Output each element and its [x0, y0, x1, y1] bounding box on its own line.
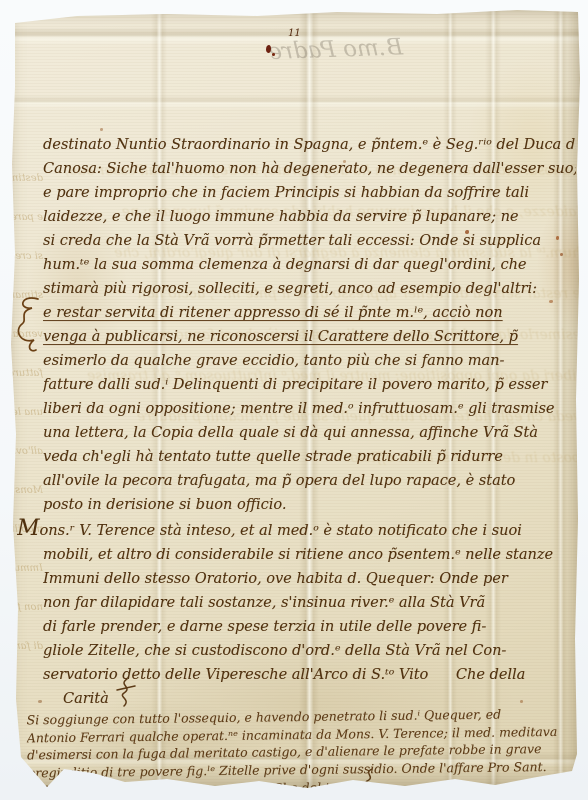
manuscript-line: una lettera, la Copia della quale si dà …: [43, 421, 576, 445]
rust-speck: [465, 230, 469, 234]
manuscript-line: liberi da ogni oppositione; mentre il me…: [43, 397, 576, 421]
end-flourish-icon: [359, 767, 379, 795]
bleedthrough-line: all'ovile la pecora trafugata, ma p̃ ope…: [9, 432, 43, 471]
bleedthrough-line: Immuni dello stesso Oratorio, ove habita…: [9, 549, 43, 588]
manuscript-line: si creda che la Stà Vrã vorrà p̃rmetter…: [43, 229, 576, 253]
ink-speck: [272, 53, 275, 56]
rust-speck: [100, 128, 103, 131]
bleedthrough-line: destinato Nuntio Straordinario in Spagna…: [9, 159, 43, 198]
manuscript-line: all'ovile la pecora trafugata, ma p̃ ope…: [43, 469, 576, 493]
faint-mirrored-inscription: B.mo Padre: [253, 32, 404, 67]
rust-speck: [560, 253, 563, 256]
bleedthrough-line: e pare improprio che in faciem Principis…: [9, 198, 43, 237]
rust-speck: [520, 700, 523, 703]
folio-number: 11: [288, 28, 301, 40]
rust-speck: [556, 236, 559, 240]
verso-bleedthrough-margin: destinato Nuntio Straordinario in Spagna…: [9, 159, 43, 759]
manuscript-line: esimerlo da qualche grave eccidio, tanto…: [43, 349, 576, 373]
manuscript-line: e pare improprio che in faciem Principis…: [43, 181, 576, 205]
manuscript-line: mobili, et altro di considerabile si rit…: [43, 543, 576, 567]
rust-speck: [549, 300, 553, 303]
manuscript-line-underlined: e restar servita di ritener appresso di …: [43, 301, 576, 325]
rust-speck: [343, 160, 346, 163]
manuscript-line: Immuni dello stesso Oratorio, ove habita…: [43, 567, 576, 591]
manuscript-line: stimarà più rigorosi, solleciti, e segre…: [43, 277, 576, 301]
scanned-manuscript-page: Canosa: Siche tal'huomo non hà degenerat…: [0, 0, 588, 800]
bleedthrough-line: fatture dalli sud.ⁱ Delinquenti di preci…: [9, 354, 43, 393]
rust-speck: [38, 700, 42, 703]
manuscript-line-paragraph-start: Mons.ʳ V. Terence stà inteso, et al med.…: [17, 517, 576, 543]
margin-flourish-icon: [11, 293, 43, 357]
manuscript-line: non far dilapidare tali sostanze, s'insi…: [43, 591, 576, 615]
bleedthrough-line: si creda che la Stà Vrã vorrà p̃rmetter…: [9, 237, 43, 276]
bleedthrough-line: non far dilapidare tali sostanze, s'insi…: [9, 588, 43, 627]
manuscript-line: gliole Zitelle, che si custodiscono d'or…: [43, 639, 576, 663]
manuscript-line-underlined: venga à publicarsi, ne riconoscersi il C…: [43, 325, 576, 349]
manuscript-line: veda ch'egli hà tentato tutte quelle str…: [43, 445, 576, 469]
manuscript-line: fatture dalli sud.ⁱ Delinquenti di preci…: [43, 373, 576, 397]
postscript-line: richiede celere resolutione, e segreta. …: [27, 775, 579, 799]
manuscript-line: laidezze, e che il luogo immune habbia d…: [43, 205, 576, 229]
manuscript-line: destinato Nuntio Straordinario in Spagna…: [43, 133, 576, 157]
carita-flourish-icon: [115, 677, 137, 709]
bleedthrough-line: una lettera, la Copia della quale si dà …: [9, 393, 43, 432]
bleedthrough-line: Mons.ʳ V. Terence stà inteso, et al med.…: [9, 471, 43, 510]
manuscript-line: posto in derisione si buon officio.: [43, 493, 576, 517]
manuscript-line: Canosa: Siche tal'huomo non hà degenerat…: [43, 157, 576, 181]
manuscript-line: hum.ᵗᵉ la sua somma clemenza à degnarsi …: [43, 253, 576, 277]
manuscript-line: di farle prender, e darne spese terzia i…: [43, 615, 576, 639]
paper-sheet: Canosa: Siche tal'huomo non hà degenerat…: [7, 9, 581, 789]
letter-body: destinato Nuntio Straordinario in Spagna…: [43, 133, 576, 711]
letter-postscript: Si soggiunge con tutto l'ossequio, e hav…: [26, 705, 579, 800]
ink-blot: [266, 45, 271, 53]
bleedthrough-line: di farle prender, e darne spese terzia i…: [9, 627, 43, 666]
